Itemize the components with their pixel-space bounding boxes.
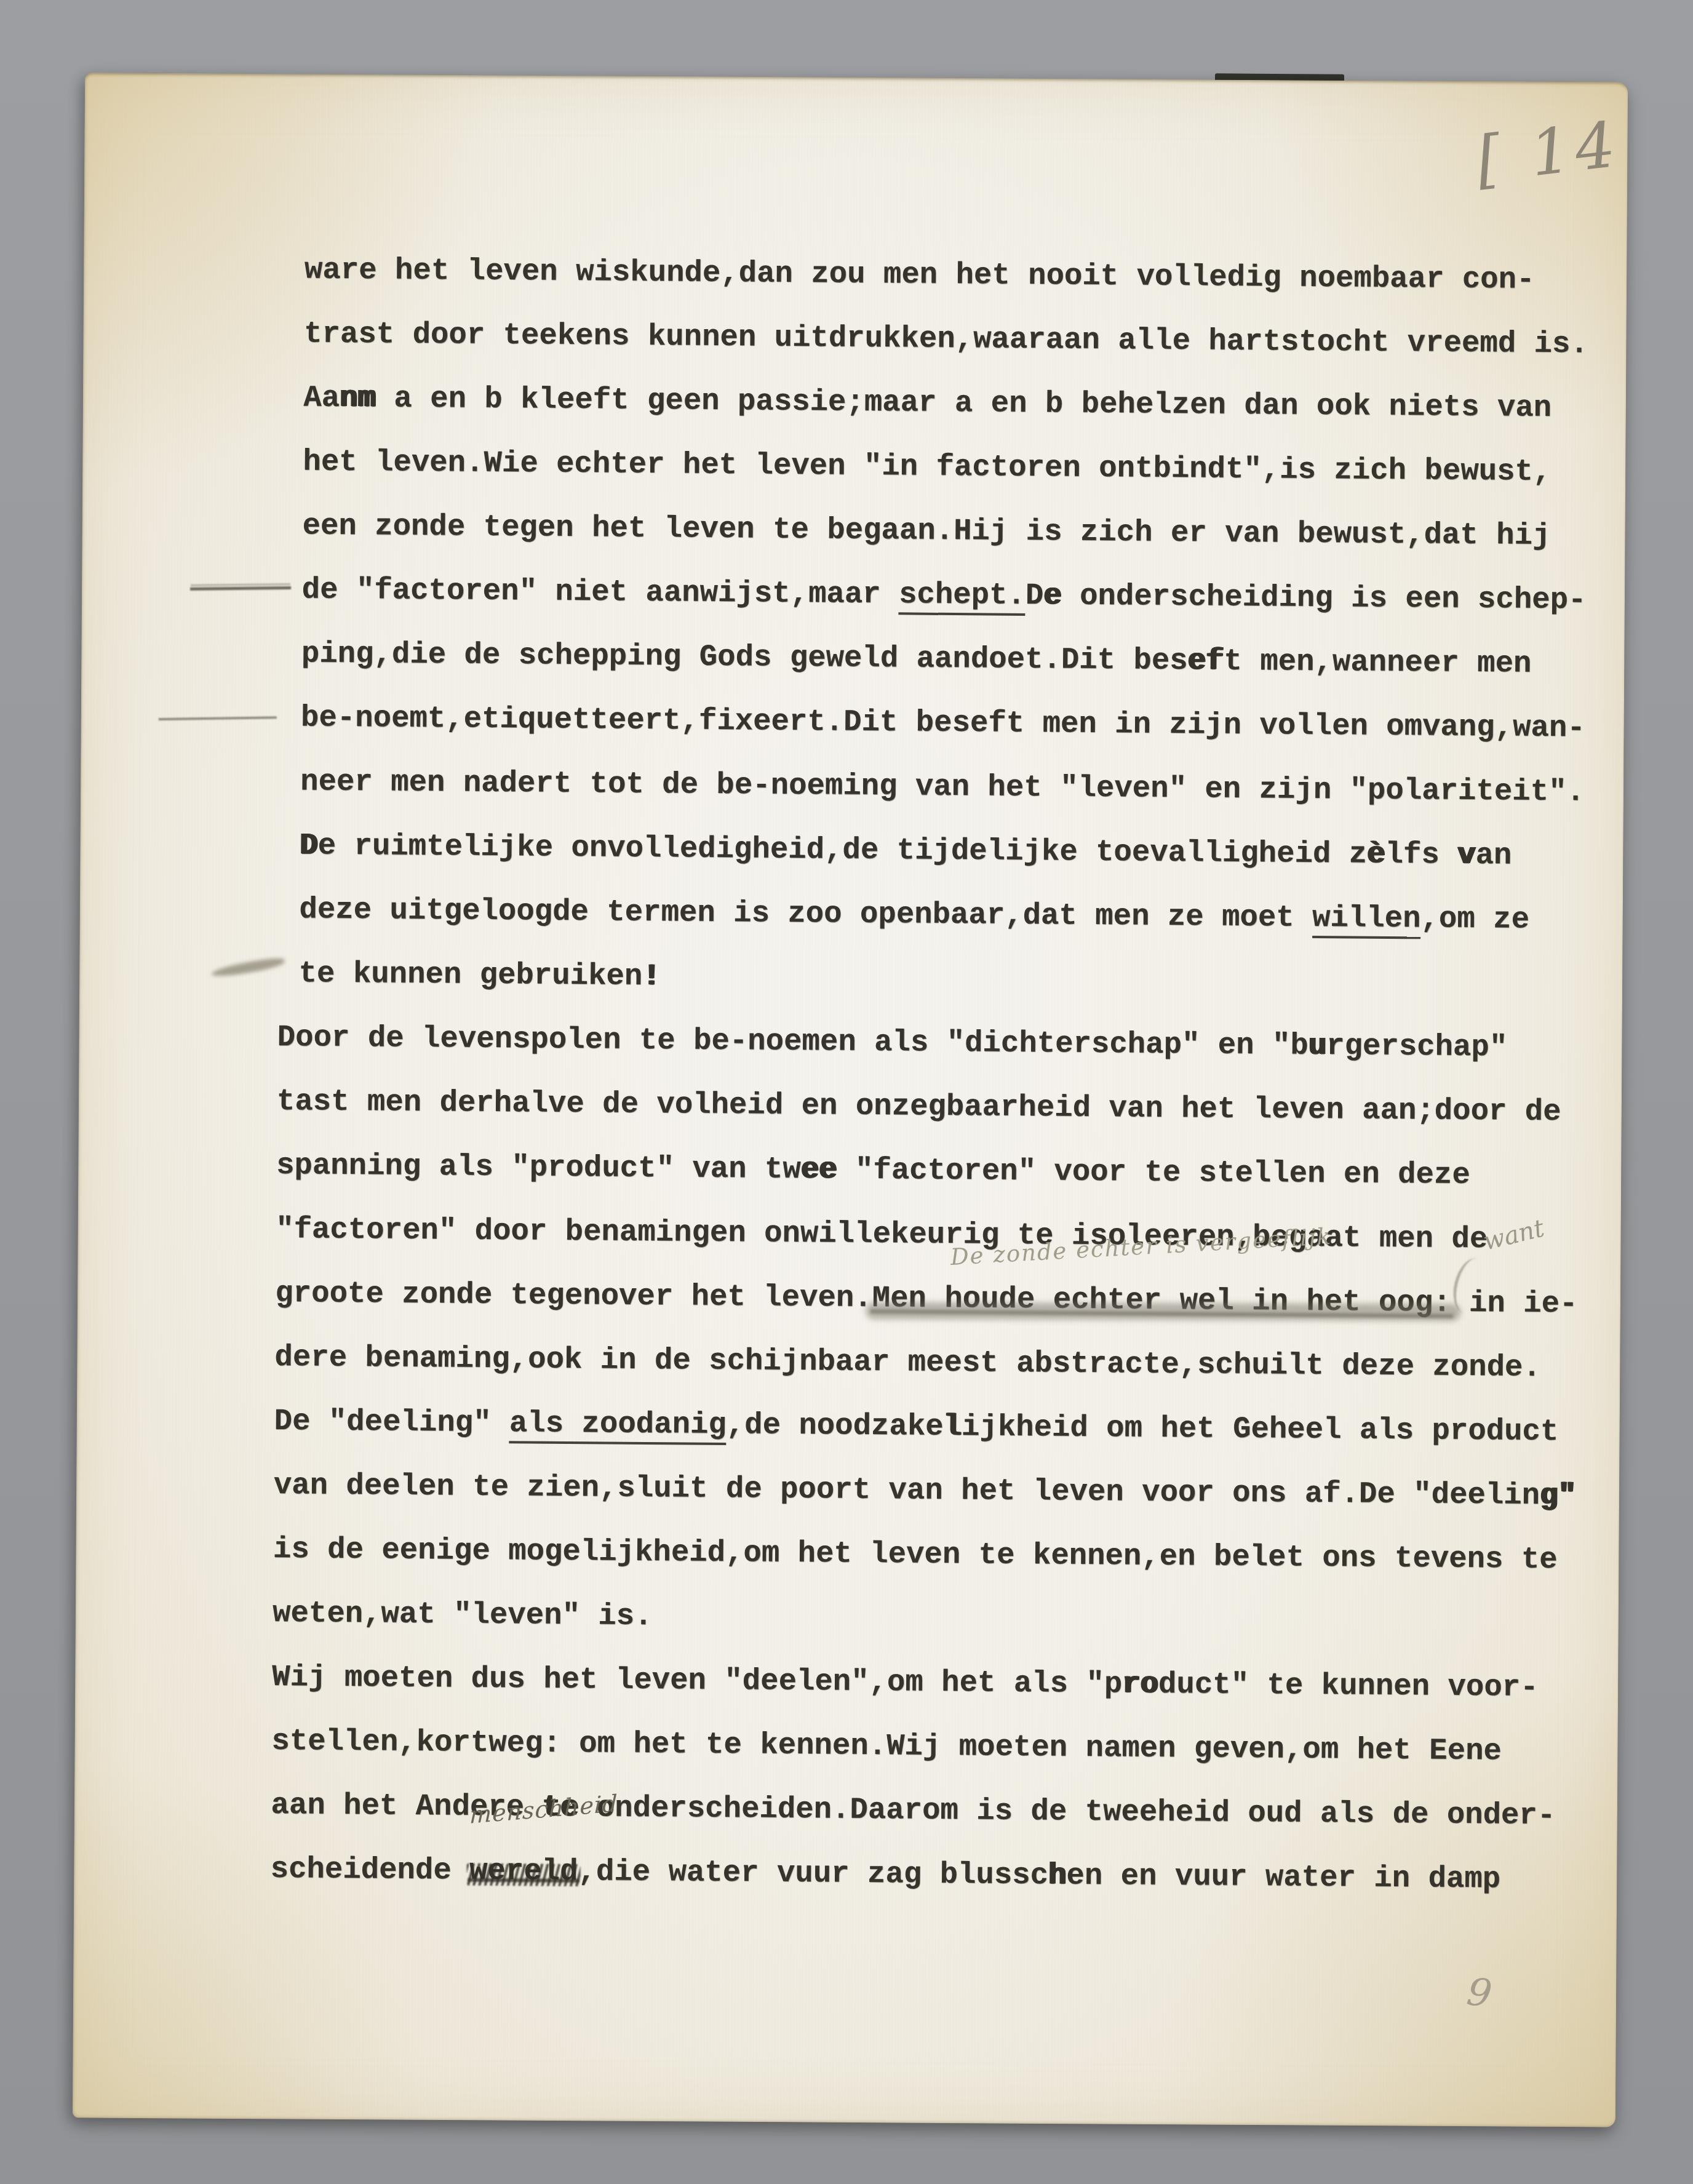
typed-text-segment: dere benaming,ook in de schijnbaar meest…: [274, 1340, 1541, 1385]
typed-text-segment: stellen,kortweg: om het te kennen.Wij mo…: [271, 1724, 1502, 1768]
margin-smudge-mark: [211, 956, 285, 979]
typed-text-segment: "factoren" voor te stellen en deze: [837, 1153, 1470, 1192]
typed-line: een zonde tegen het leven te begaan.Hij …: [281, 493, 1587, 568]
typed-text-segment: neer men nadert tot de be-noeming van he…: [300, 764, 1585, 809]
typed-line: aan het Andere te onderscheiden.Daarom i…: [271, 1773, 1577, 1847]
typed-underlined-text: als zoodanig: [509, 1406, 727, 1445]
typed-line: is de eenige mogelijkheid,om het leven t…: [273, 1517, 1579, 1592]
typed-text-segment: trast door teekens kunnen uitdrukken,waa…: [304, 316, 1588, 361]
typed-text-segment: weten,wat "leven" is.: [273, 1596, 653, 1633]
typed-line: trast door teekens kunnen uitdrukken,waa…: [283, 301, 1589, 376]
typed-text-segment: deze uitgeloogde termen is zoo openbaar,…: [299, 892, 1312, 935]
typed-crossed-out-word: wereld: [469, 1854, 578, 1889]
typed-text-segment: ware het leven wiskunde,dan zou men het …: [305, 252, 1535, 297]
typed-line: spanning als "product" van twee "factore…: [276, 1133, 1582, 1208]
typed-text-segment: e ruimtelijke onvolledigheid,de tijdelij…: [317, 829, 1367, 872]
typed-line: Aanm a en b kleeft geen passie;maar a en…: [282, 365, 1588, 440]
typed-text-segment: het leven.Wie echter het leven "in facto…: [303, 444, 1551, 489]
typed-line: be-noemt,etiquetteert,fixeert.Dit beseft…: [280, 685, 1586, 760]
typed-line: De "deeling" als zoodanig,de noodzakelij…: [274, 1389, 1580, 1464]
typed-overstrike-text: ef: [1187, 644, 1224, 678]
typed-overstrike-text: l: [943, 1409, 962, 1444]
typed-overstrike-text: ee: [801, 1152, 837, 1187]
typed-overstrike-text: è: [1367, 837, 1385, 872]
typed-text: ware het leven wiskunde,dan zou men het …: [270, 237, 1589, 1911]
typed-line: te kunnen gebruiken!: [277, 941, 1583, 1016]
typed-line: dere benaming,ook in de schijnbaar meest…: [274, 1325, 1580, 1400]
typed-text-segment: van deelen te zien,sluit de poort van he…: [274, 1468, 1540, 1513]
typed-text-segment: lfs: [1385, 837, 1457, 872]
typed-line: "factoren" door benamingen onwillekeurig…: [276, 1197, 1582, 1272]
typed-text-segment: en en vuur water in damp: [1066, 1859, 1500, 1897]
typed-text-segment: ,om ze: [1420, 901, 1529, 936]
typed-text-segment: a en b kleeft geen passie;maar a en b be…: [376, 381, 1552, 425]
typed-text-segment: ijkheid om het Geheel als product: [962, 1409, 1559, 1449]
typed-overstrike-text: !: [642, 959, 661, 994]
typed-line: weten,wat "leven" is.: [273, 1581, 1579, 1656]
typed-line: neer men nadert tot de be-noeming van he…: [279, 749, 1585, 824]
margin-dash-mark-1: [190, 586, 291, 591]
typed-text-segment: spanning als "product" van tw: [276, 1148, 801, 1187]
typed-line: het leven.Wie echter het leven "in facto…: [282, 429, 1588, 504]
typed-overstrike-text: ro: [1122, 1667, 1158, 1701]
typed-overstrike-text: g": [1540, 1478, 1576, 1513]
typed-overstrike-text: v: [1457, 838, 1476, 872]
typed-line: Door de levenspolen te be-noemen als "di…: [277, 1005, 1583, 1080]
typed-text-segment: onderscheiding is een schep-: [1061, 579, 1586, 618]
typed-line: de "factoren" niet aanwijst,maar schept.…: [281, 557, 1587, 632]
typed-overstrike-text: nm: [340, 381, 376, 415]
manuscript-page: [ 14 ] ware het leven wiskunde,dan zou m…: [73, 73, 1628, 2127]
typed-text-segment: een zonde tegen het leven te begaan.Hij …: [302, 508, 1550, 553]
typed-line: van deelen te zien,sluit de poort van he…: [273, 1453, 1579, 1528]
typed-text-segment: onderscheiden.Daarom is de tweeheid oud …: [578, 1790, 1555, 1833]
typed-line: ware het leven wiskunde,dan zou men het …: [284, 237, 1590, 312]
typed-text-segment: Door de levenspolen te be-noemen als "di…: [277, 1020, 1308, 1063]
pencil-corner-mark: 9: [1464, 1969, 1495, 2017]
typed-text-segment: Aa: [303, 380, 340, 415]
photo-of-typescript: { "colors": { "background": "#97989b", "…: [0, 0, 1693, 2184]
typed-line: Wij moeten dus het leven "deelen",om het…: [272, 1645, 1578, 1720]
typed-text-segment: be-noemt,etiquetteert,fixeert.Dit beseft…: [301, 700, 1585, 745]
typed-text-segment: de "factoren" niet aanwijst,maar: [301, 572, 899, 612]
typed-text-segment: duct" te kunnen voor-: [1158, 1667, 1539, 1705]
typed-text-segment: ,de noodzake: [726, 1408, 943, 1444]
typed-text-segment: D: [1026, 578, 1044, 613]
margin-dash-mark-2: [159, 716, 277, 720]
typed-overstrike-text: h: [1048, 1858, 1067, 1892]
typed-underlined-text: schept.: [899, 577, 1026, 616]
typed-line: De ruimtelijke onvolledigheid,de tijdeli…: [279, 813, 1585, 888]
typed-line: ping,die de schepping Gods geweld aandoe…: [280, 621, 1586, 696]
typed-text-segment: groote zonde tegenover het leven.: [275, 1276, 872, 1315]
typed-text-segment: De "deeling": [274, 1404, 509, 1440]
typed-text-segment: is de eenige mogelijkheid,om het leven t…: [273, 1532, 1558, 1577]
typed-line: groote zonde tegenover het leven.Men hou…: [275, 1261, 1581, 1336]
typed-underlined-text: willen: [1312, 901, 1421, 939]
typed-text-segment: scheidende: [270, 1852, 469, 1888]
typed-text-segment: t men,wanneer men: [1224, 644, 1531, 681]
typed-text-segment: Wij moeten dus het leven "deelen",om het…: [272, 1660, 1122, 1701]
typed-text-segment: ping,die de schepping Gods geweld aandoe…: [301, 636, 1188, 678]
pencil-page-number: [ 14 ]: [1473, 102, 1628, 197]
typed-line: deze uitgeloogde termen is zoo openbaar,…: [278, 877, 1584, 952]
typed-line: scheidende wereld,die water vuur zag blu…: [270, 1837, 1576, 1911]
typed-text-segment: ,die water vuur zag blussc: [578, 1854, 1048, 1892]
typed-overstrike-text: D: [300, 828, 318, 863]
pencil-struck-text: Men houde echter wel in het oog:: [872, 1281, 1451, 1320]
typed-line: tast men derhalve de volheid en onzegbaa…: [276, 1069, 1582, 1144]
typed-text-segment: te kunnen gebruiken: [298, 956, 642, 994]
typed-text-segment: rgerschap": [1326, 1029, 1508, 1064]
typed-overstrike-text: u: [1309, 1029, 1327, 1063]
typed-line: stellen,kortweg: om het te kennen.Wij mo…: [271, 1709, 1577, 1783]
typed-text-segment: tast men derhalve de volheid en onzegbaa…: [277, 1084, 1561, 1129]
typed-text-segment: an: [1475, 838, 1512, 872]
typed-overstrike-text: e: [1043, 578, 1062, 613]
